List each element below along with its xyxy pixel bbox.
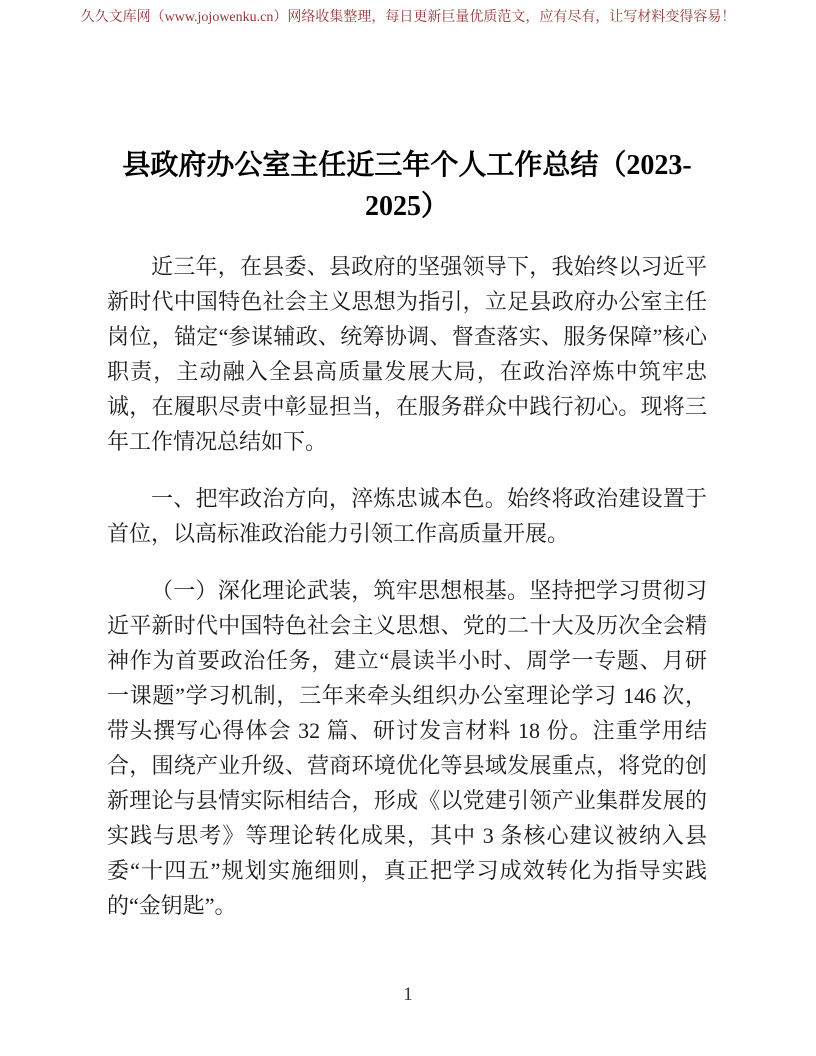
document-page: 久久文库网（www.jojowenku.cn）网络收集整理，每日更新巨量优质范文…	[0, 0, 816, 1056]
document-body: 近三年，在县委、县政府的坚强领导下，我始终以习近平新时代中国特色社会主义思想为指…	[107, 249, 707, 923]
document-content: 县政府办公室主任近三年个人工作总结（2023- 2025） 近三年，在县委、县政…	[107, 0, 707, 923]
document-title-line-2: 2025）	[107, 186, 707, 227]
paragraph-intro: 近三年，在县委、县政府的坚强领导下，我始终以习近平新时代中国特色社会主义思想为指…	[107, 249, 707, 459]
document-title: 县政府办公室主任近三年个人工作总结（2023- 2025）	[107, 145, 707, 227]
document-title-line-1: 县政府办公室主任近三年个人工作总结（2023-	[107, 145, 707, 186]
paragraph-section-heading: 一、把牢政治方向，淬炼忠诚本色。始终将政治建设置于首位，以高标准政治能力引领工作…	[107, 481, 707, 551]
page-number: 1	[0, 984, 816, 1006]
paragraph-subsection-1: （一）深化理论武装，筑牢思想根基。坚持把学习贯彻习近平新时代中国特色社会主义思想…	[107, 573, 707, 923]
